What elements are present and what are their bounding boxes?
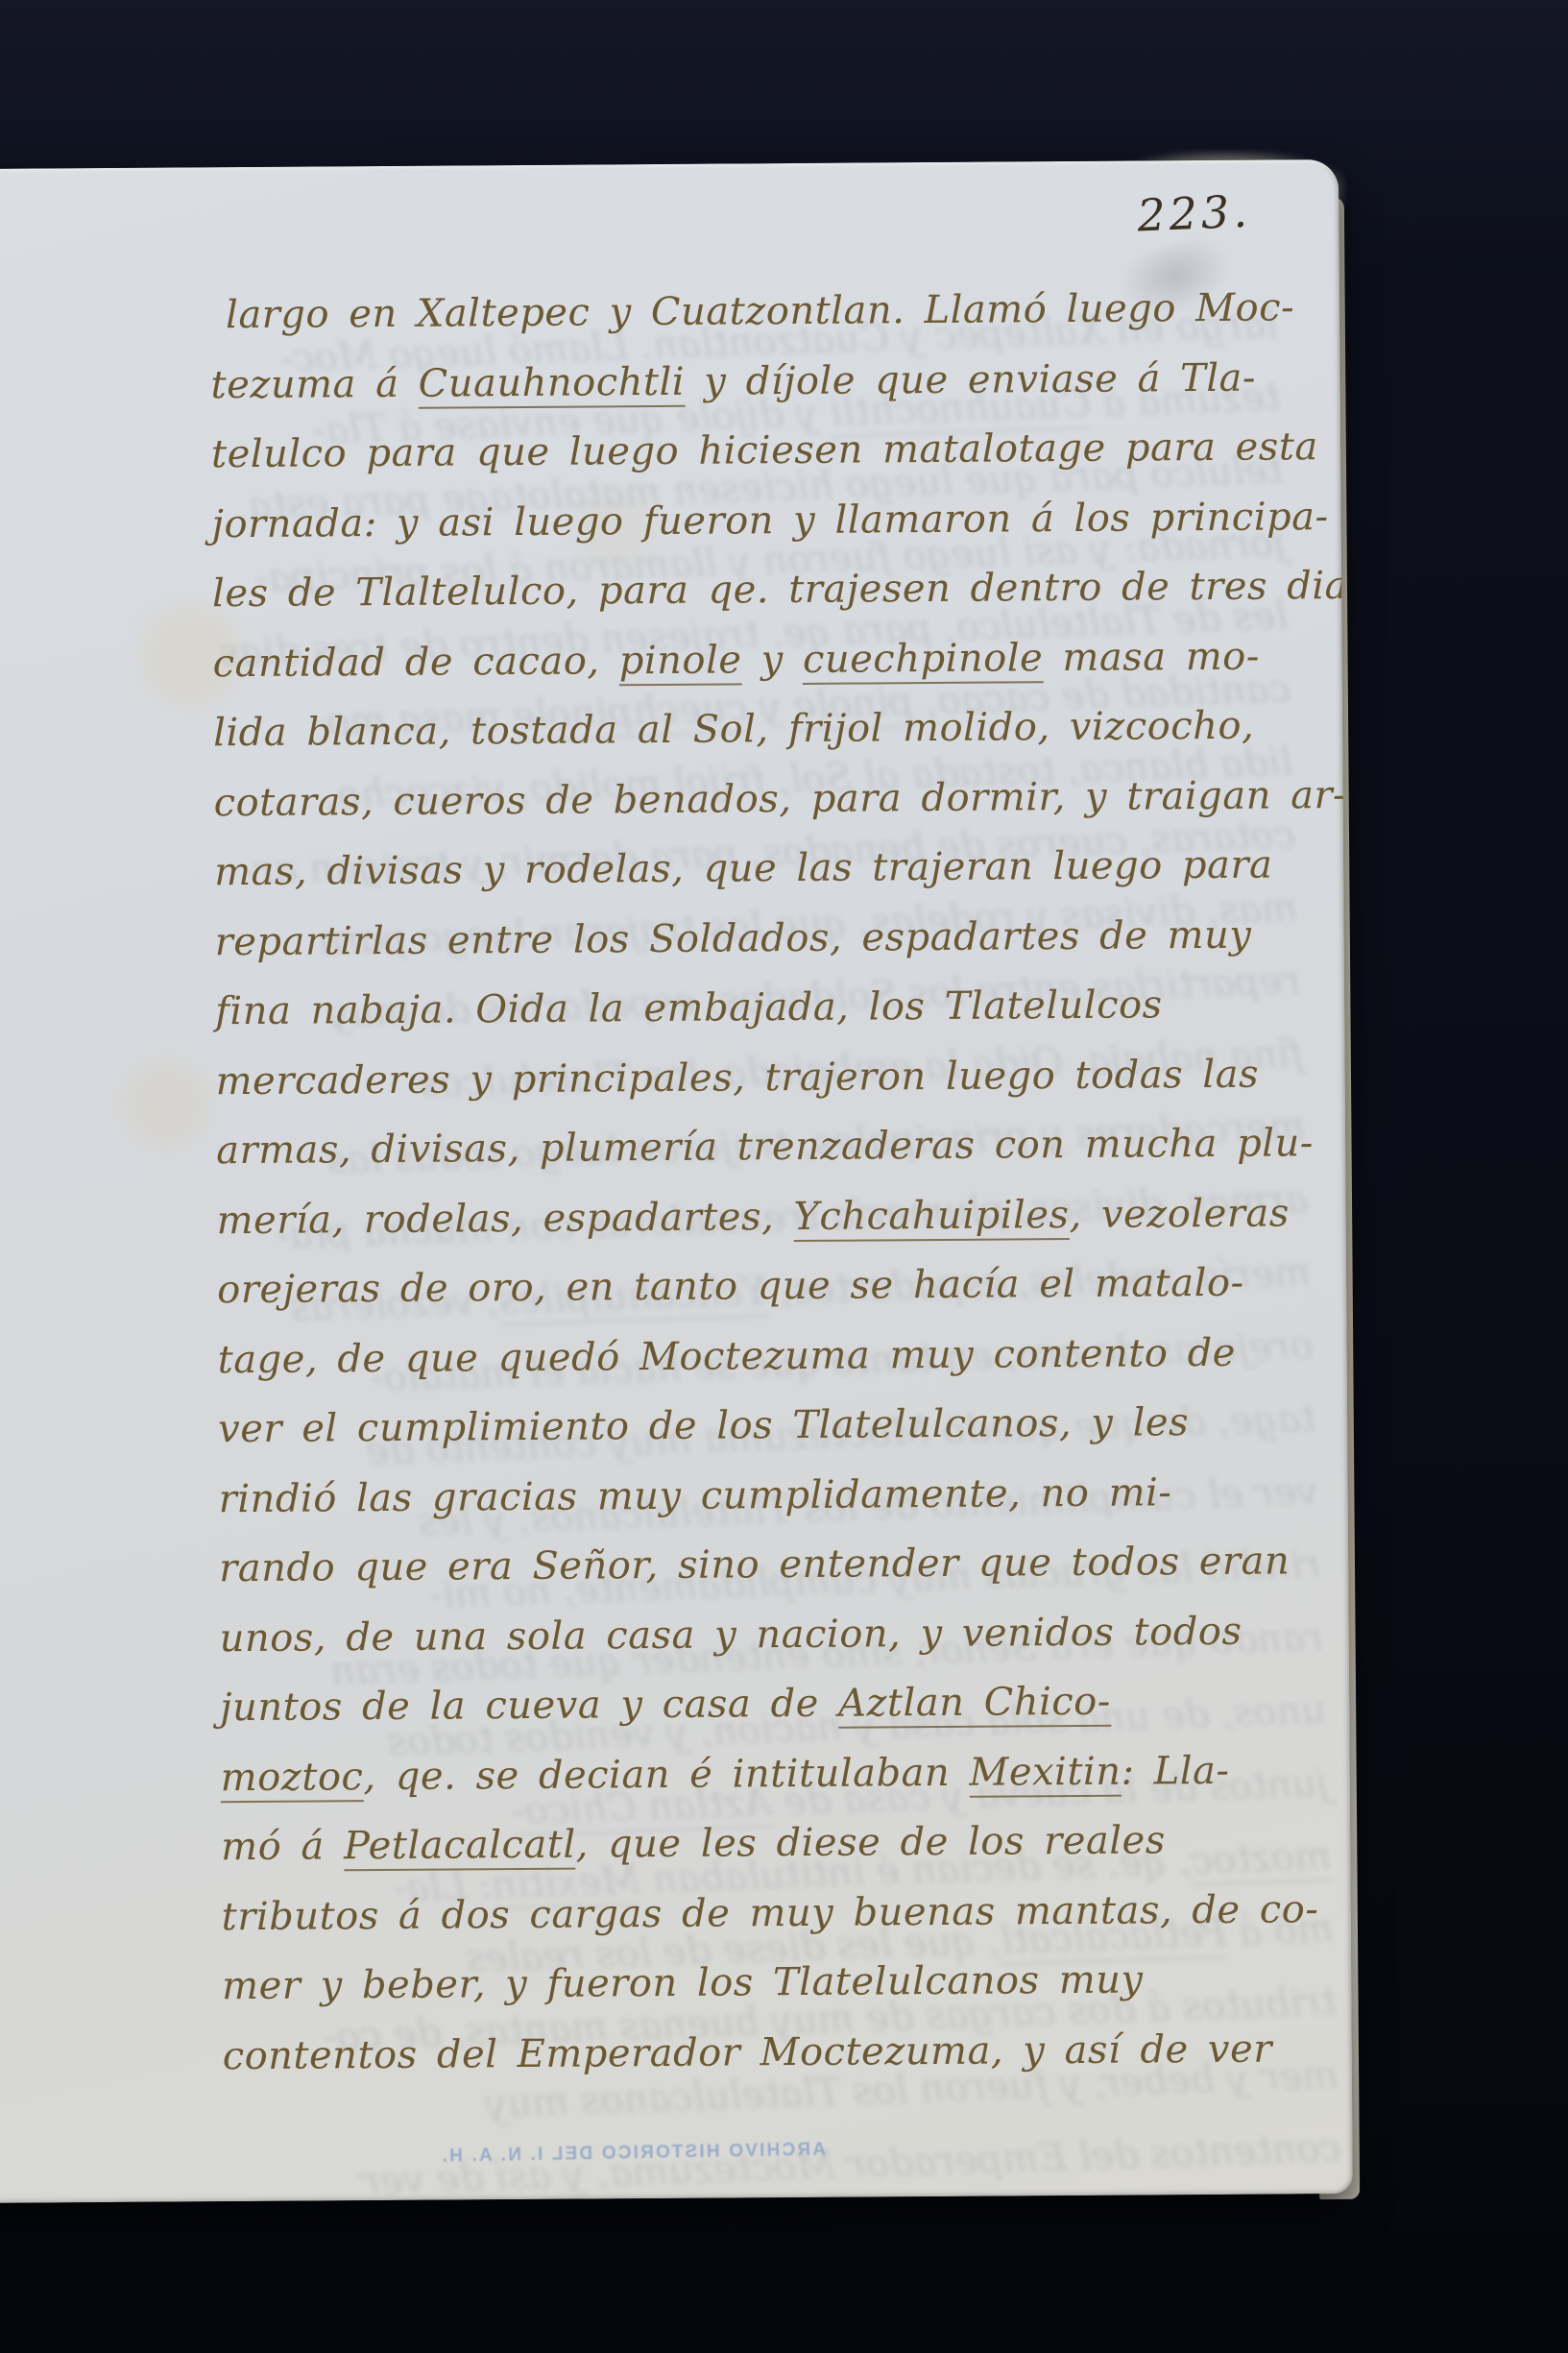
manuscript-line: les de Tlaltelulco, para qe. trajesen de… bbox=[212, 551, 1353, 629]
manuscript-line: jornada: y asi luego fueron y llamaron á… bbox=[211, 481, 1352, 559]
manuscript-line: lida blanca, tostada al Sol, frijol moli… bbox=[213, 691, 1353, 768]
manuscript-line: unos, de una sola casa y nacion, y venid… bbox=[219, 1595, 1352, 1673]
manuscript-line: rando que era Señor, sino entender que t… bbox=[219, 1526, 1353, 1604]
manuscript-line: tage, de que quedó Moctezuma muy content… bbox=[217, 1317, 1352, 1395]
manuscript-line: fina nabaja. Oida la embajada, los Tlate… bbox=[215, 969, 1353, 1047]
manuscript-line: moztoc, qe. se decian é intitulaban Mexi… bbox=[220, 1734, 1352, 1812]
manuscript-line: telulco para que luego hiciesen matalota… bbox=[211, 412, 1353, 490]
manuscript-line: mer y beber, y fueron los Tlatelulcanos … bbox=[222, 1944, 1353, 2022]
manuscript-line: cotaras, cueros de benados, para dormir,… bbox=[213, 760, 1352, 837]
manuscript-line: mería, rodelas, espadartes, Ychcahuipile… bbox=[216, 1177, 1352, 1255]
manuscript-line: tributos á dos cargas de muy buenas mant… bbox=[221, 1874, 1352, 1952]
manuscript-text: largo en Xaltepec y Cuatzontlan. Llamó l… bbox=[210, 273, 1353, 2091]
manuscript-line: mó á Petlacalcatl, que les diese de los … bbox=[221, 1805, 1353, 1882]
manuscript-line: contentos del Emperador Moctezuma, y así… bbox=[222, 2013, 1352, 2091]
manuscript-line: juntos de la cueva y casa de Aztlan Chic… bbox=[220, 1665, 1353, 1743]
manuscript-line: largo en Xaltepec y Cuatzontlan. Llamó l… bbox=[210, 273, 1353, 351]
manuscript-line: orejeras de oro, en tanto que se hacía e… bbox=[217, 1248, 1353, 1325]
manuscript-line: ver el cumplimiento de los Tlatelulcanos… bbox=[218, 1387, 1353, 1465]
manuscript-photo: largo en Xaltepec y Cuatzontlan. Llamó l… bbox=[0, 0, 1568, 2353]
manuscript-line: rindió las gracias muy cumplidamente, no… bbox=[218, 1456, 1352, 1534]
manuscript-line: armas, divisas, plumería trenzaderas con… bbox=[216, 1108, 1353, 1186]
page-number: 223. bbox=[1136, 185, 1252, 242]
manuscript-line: mas, divisas y rodelas, que las trajeran… bbox=[214, 830, 1353, 908]
manuscript-page: largo en Xaltepec y Cuatzontlan. Llamó l… bbox=[0, 159, 1353, 2203]
manuscript-line: cantidad de cacao, pinole y cuechpinole … bbox=[212, 620, 1352, 698]
manuscript-line: repartirlas entre los Soldados, espadart… bbox=[214, 899, 1352, 977]
manuscript-line: mercaderes y principales, trajeron luego… bbox=[215, 1038, 1352, 1116]
manuscript-line: tezuma á Cuauhnochtli y díjole que envia… bbox=[210, 342, 1352, 420]
